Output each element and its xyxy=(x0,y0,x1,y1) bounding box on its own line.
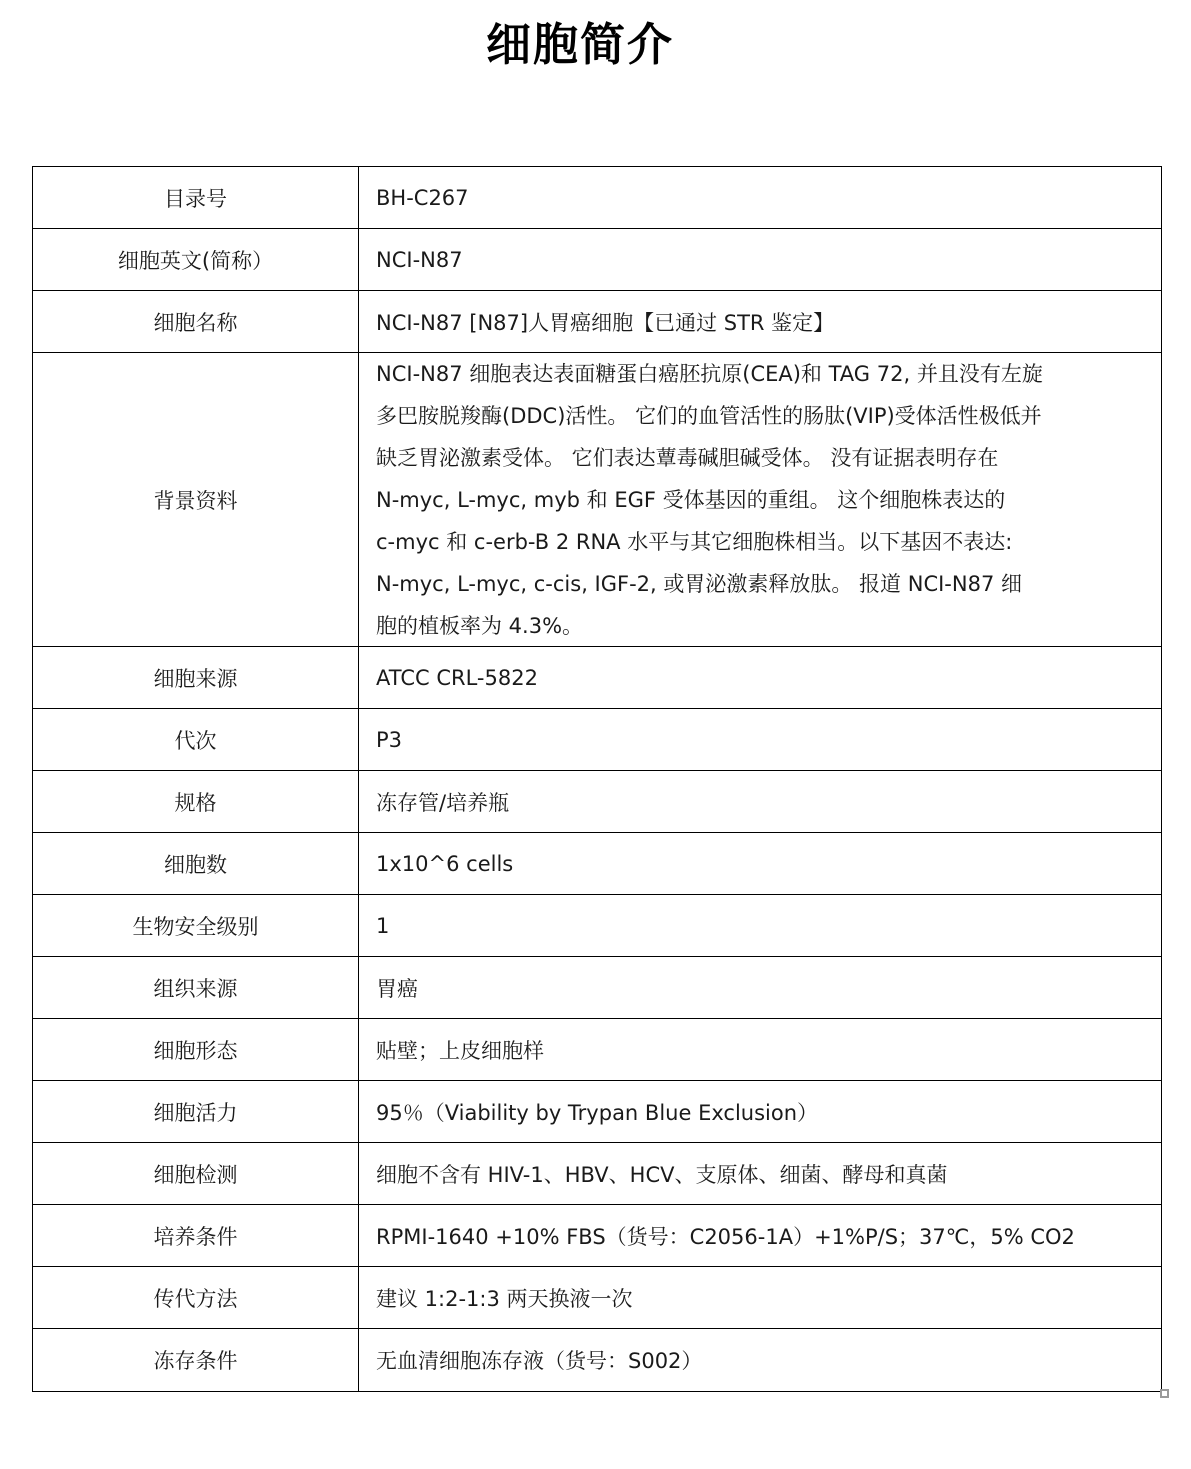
table-row: 培养条件RPMI-1640 +10% FBS（货号：C2056-1A）+1%P/… xyxy=(33,1205,1161,1267)
row-label: 培养条件 xyxy=(33,1205,359,1266)
row-value: 无血清细胞冻存液（货号：S002） xyxy=(359,1329,1161,1391)
row-value: 95％（Viability by Trypan Blue Exclusion） xyxy=(359,1081,1161,1142)
row-value: 1 xyxy=(359,895,1161,956)
row-label: 冻存条件 xyxy=(33,1329,359,1391)
table-row: 细胞检测细胞不含有 HIV-1、HBV、HCV、支原体、细菌、酵母和真菌 xyxy=(33,1143,1161,1205)
table-row: 细胞英文(简称）NCI-N87 xyxy=(33,229,1161,291)
row-label: 背景资料 xyxy=(33,353,359,646)
row-label: 生物安全级别 xyxy=(33,895,359,956)
row-label: 代次 xyxy=(33,709,359,770)
table-row: 代次P3 xyxy=(33,709,1161,771)
row-value: NCI-N87 细胞表达表面糖蛋白癌胚抗原(CEA)和 TAG 72, 并且没有… xyxy=(359,353,1161,646)
row-label: 细胞名称 xyxy=(33,291,359,352)
table-row: 细胞形态贴壁；上皮细胞样 xyxy=(33,1019,1161,1081)
row-value: NCI-N87 [N87]人胃癌细胞【已通过 STR 鉴定】 xyxy=(359,291,1161,352)
row-label: 细胞形态 xyxy=(33,1019,359,1080)
row-label: 细胞来源 xyxy=(33,647,359,708)
row-label: 细胞检测 xyxy=(33,1143,359,1204)
row-value: 细胞不含有 HIV-1、HBV、HCV、支原体、细菌、酵母和真菌 xyxy=(359,1143,1161,1204)
row-value: 建议 1:2-1:3 两天换液一次 xyxy=(359,1267,1161,1328)
table-row: 生物安全级别1 xyxy=(33,895,1161,957)
row-value: BH-C267 xyxy=(359,167,1161,228)
table-row: 组织来源胃癌 xyxy=(33,957,1161,1019)
table-row: 冻存条件无血清细胞冻存液（货号：S002） xyxy=(33,1329,1161,1391)
row-label: 传代方法 xyxy=(33,1267,359,1328)
row-value: 贴壁；上皮细胞样 xyxy=(359,1019,1161,1080)
table-row: 细胞数1x10^6 cells xyxy=(33,833,1161,895)
row-value: RPMI-1640 +10% FBS（货号：C2056-1A）+1%P/S；37… xyxy=(359,1205,1161,1266)
table-row: 传代方法建议 1:2-1:3 两天换液一次 xyxy=(33,1267,1161,1329)
row-value: 冻存管/培养瓶 xyxy=(359,771,1161,832)
table-row: 细胞活力95％（Viability by Trypan Blue Exclusi… xyxy=(33,1081,1161,1143)
table-resize-handle[interactable] xyxy=(1160,1389,1169,1398)
row-label: 细胞活力 xyxy=(33,1081,359,1142)
table-row: 目录号BH-C267 xyxy=(33,167,1161,229)
table-row: 背景资料NCI-N87 细胞表达表面糖蛋白癌胚抗原(CEA)和 TAG 72, … xyxy=(33,353,1161,647)
row-value: ATCC CRL-5822 xyxy=(359,647,1161,708)
row-value: 1x10^6 cells xyxy=(359,833,1161,894)
cell-info-table: 目录号BH-C267细胞英文(简称）NCI-N87细胞名称NCI-N87 [N8… xyxy=(32,166,1162,1392)
page-title: 细胞简介 xyxy=(0,8,1160,73)
row-label: 细胞数 xyxy=(33,833,359,894)
row-label: 组织来源 xyxy=(33,957,359,1018)
row-label: 目录号 xyxy=(33,167,359,228)
row-label: 细胞英文(简称） xyxy=(33,229,359,290)
document-page: 细胞简介 目录号BH-C267细胞英文(简称）NCI-N87细胞名称NCI-N8… xyxy=(0,0,1191,1469)
table-row: 细胞来源ATCC CRL-5822 xyxy=(33,647,1161,709)
table-row: 细胞名称NCI-N87 [N87]人胃癌细胞【已通过 STR 鉴定】 xyxy=(33,291,1161,353)
row-label: 规格 xyxy=(33,771,359,832)
row-value: NCI-N87 xyxy=(359,229,1161,290)
row-value: 胃癌 xyxy=(359,957,1161,1018)
row-value: P3 xyxy=(359,709,1161,770)
table-row: 规格冻存管/培养瓶 xyxy=(33,771,1161,833)
